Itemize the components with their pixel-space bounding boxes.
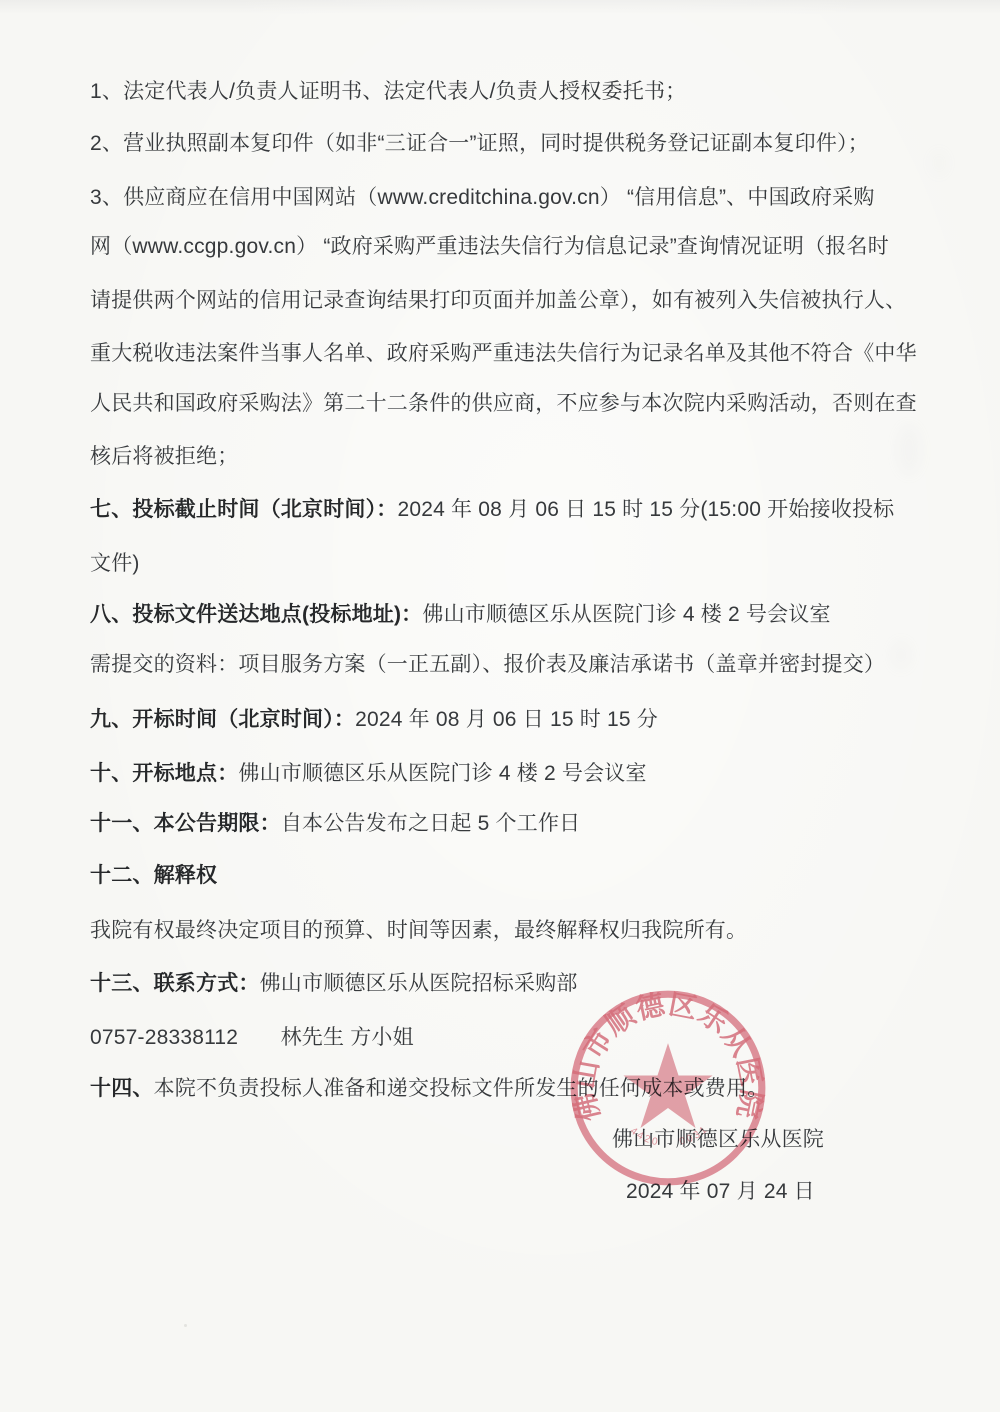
doc-line-1: 1、法定代表人/负责人证明书、法定代表人/负责人授权委托书；	[90, 78, 686, 106]
line-text: 文件)	[90, 552, 140, 575]
official-seal: 佛山市顺德区乐从医院 4420 0031	[566, 986, 770, 1190]
line-bold: 九、开标时间（北京时间）：	[90, 708, 355, 731]
line-bold: 八、投标文件送达地点(投标地址)：	[90, 603, 422, 626]
line-bold: 十二、解释权	[90, 864, 217, 887]
line-text: 佛山市顺德区乐从医院门诊 4 楼 2 号会议室	[238, 762, 646, 785]
line-text: 网（www.ccgp.gov.cn） “政府采购严重违法失信行为信息记录”查询情…	[90, 235, 889, 258]
line-text: 佛山市顺德区乐从医院门诊 4 楼 2 号会议室	[422, 603, 830, 626]
doc-line-11: 八、投标文件送达地点(投标地址)：佛山市顺德区乐从医院门诊 4 楼 2 号会议室	[90, 601, 831, 629]
star-icon	[623, 1043, 712, 1128]
line-bold: 七、投标截止时间（北京时间）：	[90, 498, 398, 521]
line-text: 佛山市顺德区乐从医院招标采购部	[260, 972, 578, 995]
doc-line-7: 人民共和国政府采购法》第二十二条件的供应商，不应参与本次院内采购活动，否则在查	[90, 390, 917, 418]
scan-smudge	[930, 150, 948, 176]
doc-line-4: 网（www.ccgp.gov.cn） “政府采购严重违法失信行为信息记录”查询情…	[90, 233, 889, 261]
doc-line-17: 我院有权最终决定项目的预算、时间等因素，最终解释权归我院所有。	[90, 917, 747, 945]
seal-code-left: 4420	[628, 1126, 661, 1149]
line-text: 2、营业执照副本复印件（如非“三证合一”证照，同时提供税务登记证副本复印件）；	[90, 132, 869, 155]
scanned-document-page: 1、法定代表人/负责人证明书、法定代表人/负责人授权委托书； 2、营业执照副本复…	[0, 0, 1000, 1412]
doc-line-18: 十三、联系方式：佛山市顺德区乐从医院招标采购部	[90, 970, 578, 998]
line-text: 我院有权最终决定项目的预算、时间等因素，最终解释权归我院所有。	[90, 919, 747, 942]
doc-line-10: 文件)	[90, 550, 140, 578]
line-bold: 十三、联系方式：	[90, 972, 260, 995]
line-text: 0757-28338112 林先生 方小姐	[90, 1026, 414, 1049]
doc-line-2: 2、营业执照副本复印件（如非“三证合一”证照，同时提供税务登记证副本复印件）；	[90, 130, 869, 158]
line-text: 2024 年 08 月 06 日 15 时 15 分(15:00 开始接收投标	[398, 498, 895, 521]
line-text: 请提供两个网站的信用记录查询结果打印页面并加盖公章），如有被列入失信被执行人、	[90, 289, 906, 312]
line-bold: 十一、本公告期限：	[90, 812, 281, 835]
doc-line-5: 请提供两个网站的信用记录查询结果打印页面并加盖公章），如有被列入失信被执行人、	[90, 287, 906, 315]
doc-line-12: 需提交的资料：项目服务方案（一正五副）、报价表及廉洁承诺书（盖章并密封提交）	[90, 651, 885, 679]
line-bold: 十、开标地点：	[90, 762, 238, 785]
doc-line-6: 重大税收违法案件当事人名单、政府采购严重违法失信行为记录名单及其他不符合《中华	[90, 340, 917, 368]
scan-smudge	[890, 640, 912, 670]
paper-speck	[184, 1324, 187, 1327]
svg-text:4420 0031: 4420 0031	[628, 1117, 718, 1148]
doc-line-3: 3、供应商应在信用中国网站（www.creditchina.gov.cn） “信…	[90, 184, 875, 212]
doc-line-13: 九、开标时间（北京时间）：2024 年 08 月 06 日 15 时 15 分	[90, 706, 658, 734]
doc-line-16: 十二、解释权	[90, 862, 217, 890]
line-text: 重大税收违法案件当事人名单、政府采购严重违法失信行为记录名单及其他不符合《中华	[90, 342, 917, 365]
line-bold: 十四、	[90, 1077, 154, 1100]
line-text: 1、法定代表人/负责人证明书、法定代表人/负责人授权委托书；	[90, 80, 686, 103]
doc-line-9: 七、投标截止时间（北京时间）：2024 年 08 月 06 日 15 时 15 …	[90, 496, 894, 524]
doc-line-19: 0757-28338112 林先生 方小姐	[90, 1024, 414, 1052]
doc-line-14: 十、开标地点：佛山市顺德区乐从医院门诊 4 楼 2 号会议室	[90, 760, 647, 788]
doc-line-15: 十一、本公告期限：自本公告发布之日起 5 个工作日	[90, 810, 580, 838]
line-text: 自本公告发布之日起 5 个工作日	[281, 812, 581, 835]
line-text: 核后将被拒绝；	[90, 445, 238, 468]
scan-smudge	[896, 424, 922, 476]
line-text: 需提交的资料：项目服务方案（一正五副）、报价表及廉洁承诺书（盖章并密封提交）	[90, 653, 885, 676]
paper-speck	[562, 136, 565, 139]
line-text: 人民共和国政府采购法》第二十二条件的供应商，不应参与本次院内采购活动，否则在查	[90, 392, 917, 415]
line-text: 3、供应商应在信用中国网站（www.creditchina.gov.cn） “信…	[90, 186, 875, 209]
line-text: 2024 年 08 月 06 日 15 时 15 分	[355, 708, 658, 731]
doc-line-8: 核后将被拒绝；	[90, 443, 238, 471]
